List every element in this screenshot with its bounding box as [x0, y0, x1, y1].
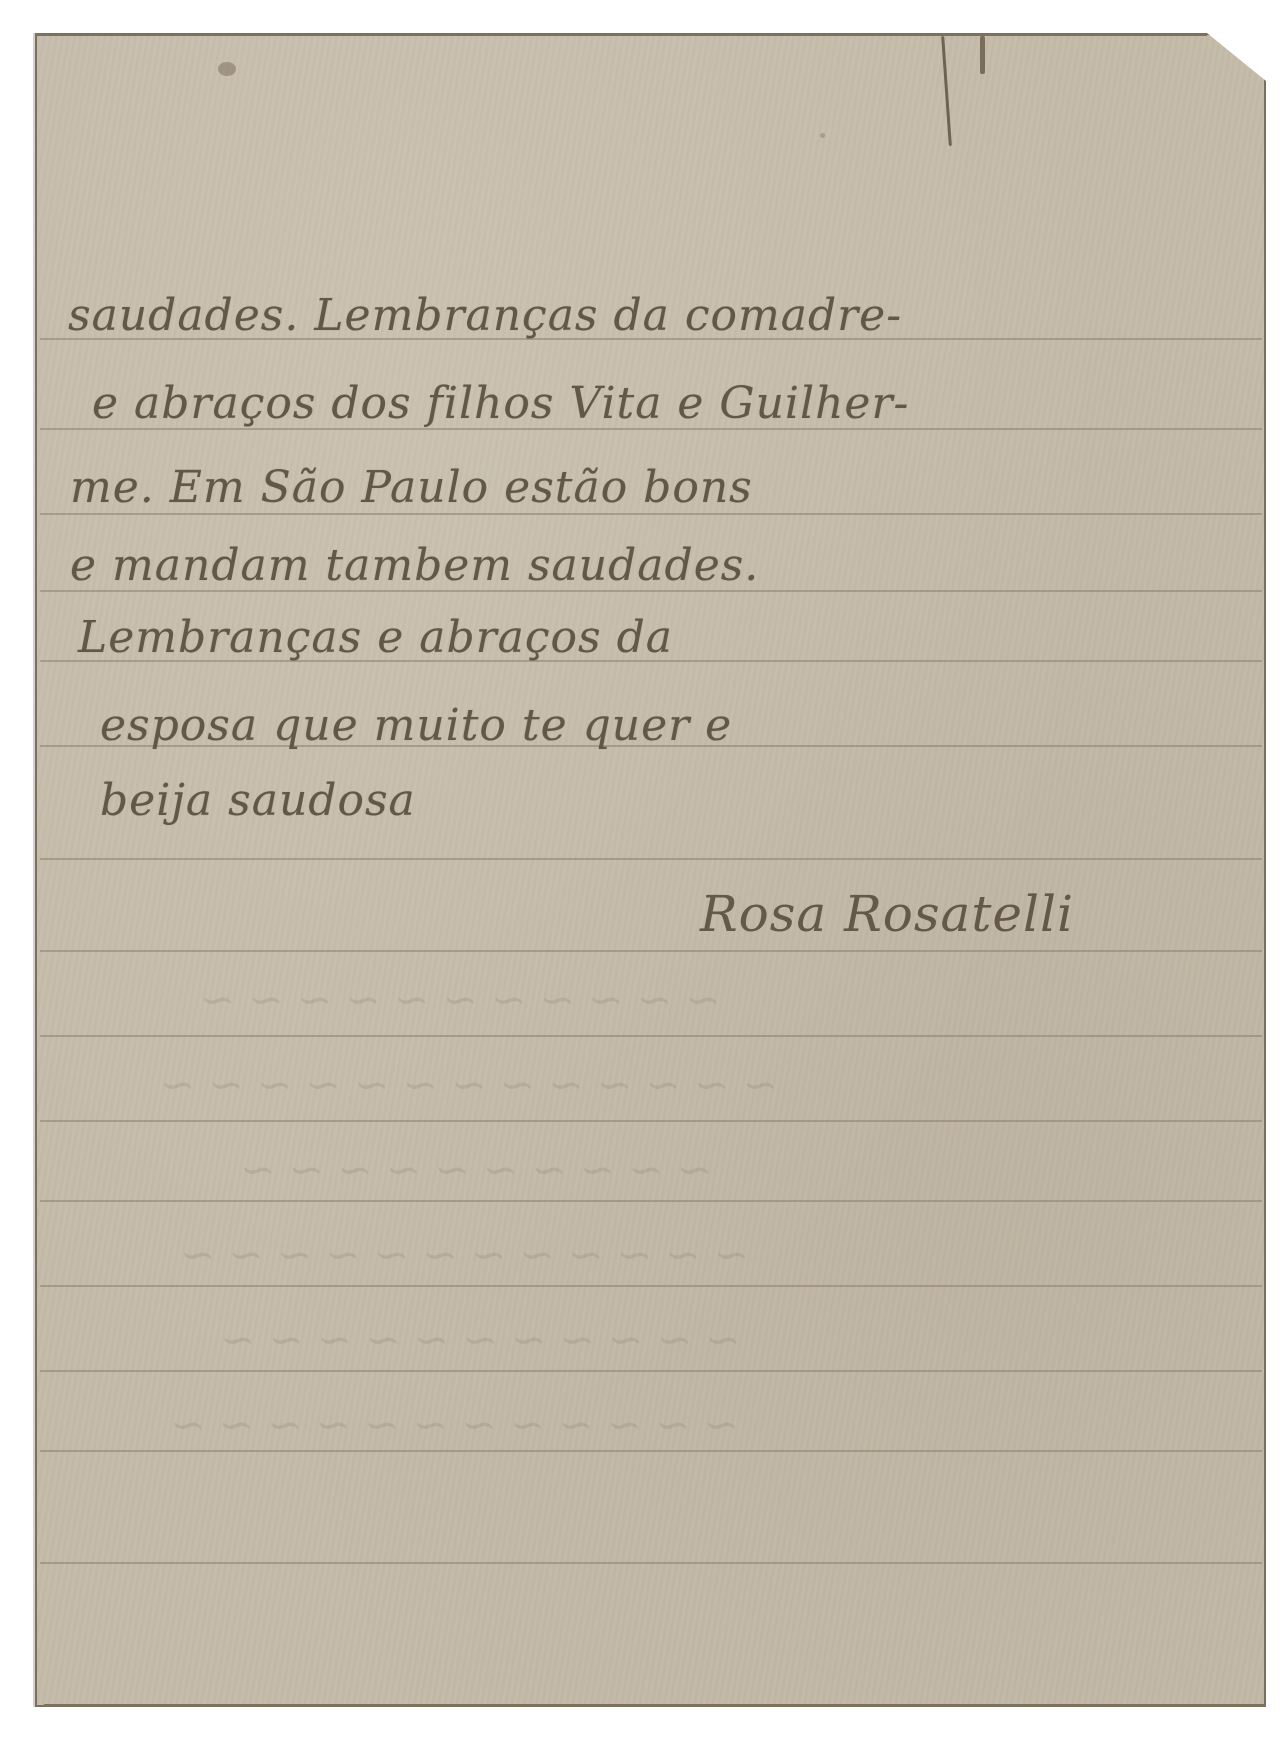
letter-line-7: beija saudosa [100, 775, 416, 826]
letter-line-2: e abraços dos filhos Vita e Guilher- [92, 378, 909, 429]
bleed-through-text: ~ ~ ~ ~ ~ ~ ~ ~ ~ ~ [240, 1145, 712, 1194]
bleed-through-text: ~ ~ ~ ~ ~ ~ ~ ~ ~ ~ ~ [200, 975, 721, 1024]
ruled-line [40, 1035, 1262, 1037]
ruled-line [40, 1450, 1262, 1452]
ruled-line [40, 950, 1262, 952]
letter-line-3: me. Em São Paulo estão bons [70, 462, 753, 513]
paper-bottom-edge [44, 1704, 1266, 1707]
bleed-through-text: ~ ~ ~ ~ ~ ~ ~ ~ ~ ~ ~ [220, 1315, 741, 1364]
paper-stain [820, 133, 825, 138]
letter-line-6: esposa que muito te quer e [100, 700, 732, 751]
ruled-line [40, 1370, 1262, 1372]
bleed-through-text: ~ ~ ~ ~ ~ ~ ~ ~ ~ ~ ~ ~ [170, 1400, 739, 1449]
letter-line-5: Lembranças e abraços da [78, 612, 673, 663]
crease-mark [980, 36, 985, 74]
letter-line-4: e mandam tambem saudades. [70, 540, 759, 591]
paper-top-edge [35, 33, 1207, 36]
letter-paper [35, 33, 1266, 1707]
ruled-line [40, 513, 1262, 515]
bleed-through-text: ~ ~ ~ ~ ~ ~ ~ ~ ~ ~ ~ ~ [180, 1230, 749, 1279]
ruled-line [40, 1562, 1262, 1564]
paper-stain [218, 62, 236, 76]
bleed-through-text: ~ ~ ~ ~ ~ ~ ~ ~ ~ ~ ~ ~ ~ [160, 1060, 778, 1109]
paper-left-edge [33, 33, 36, 1707]
letter-line-1: saudades. Lembranças da comadre- [68, 290, 902, 341]
ruled-line [40, 1285, 1262, 1287]
ruled-line [40, 1120, 1262, 1122]
signature: Rosa Rosatelli [700, 885, 1074, 943]
ruled-line [40, 1200, 1262, 1202]
ruled-line [40, 858, 1262, 860]
